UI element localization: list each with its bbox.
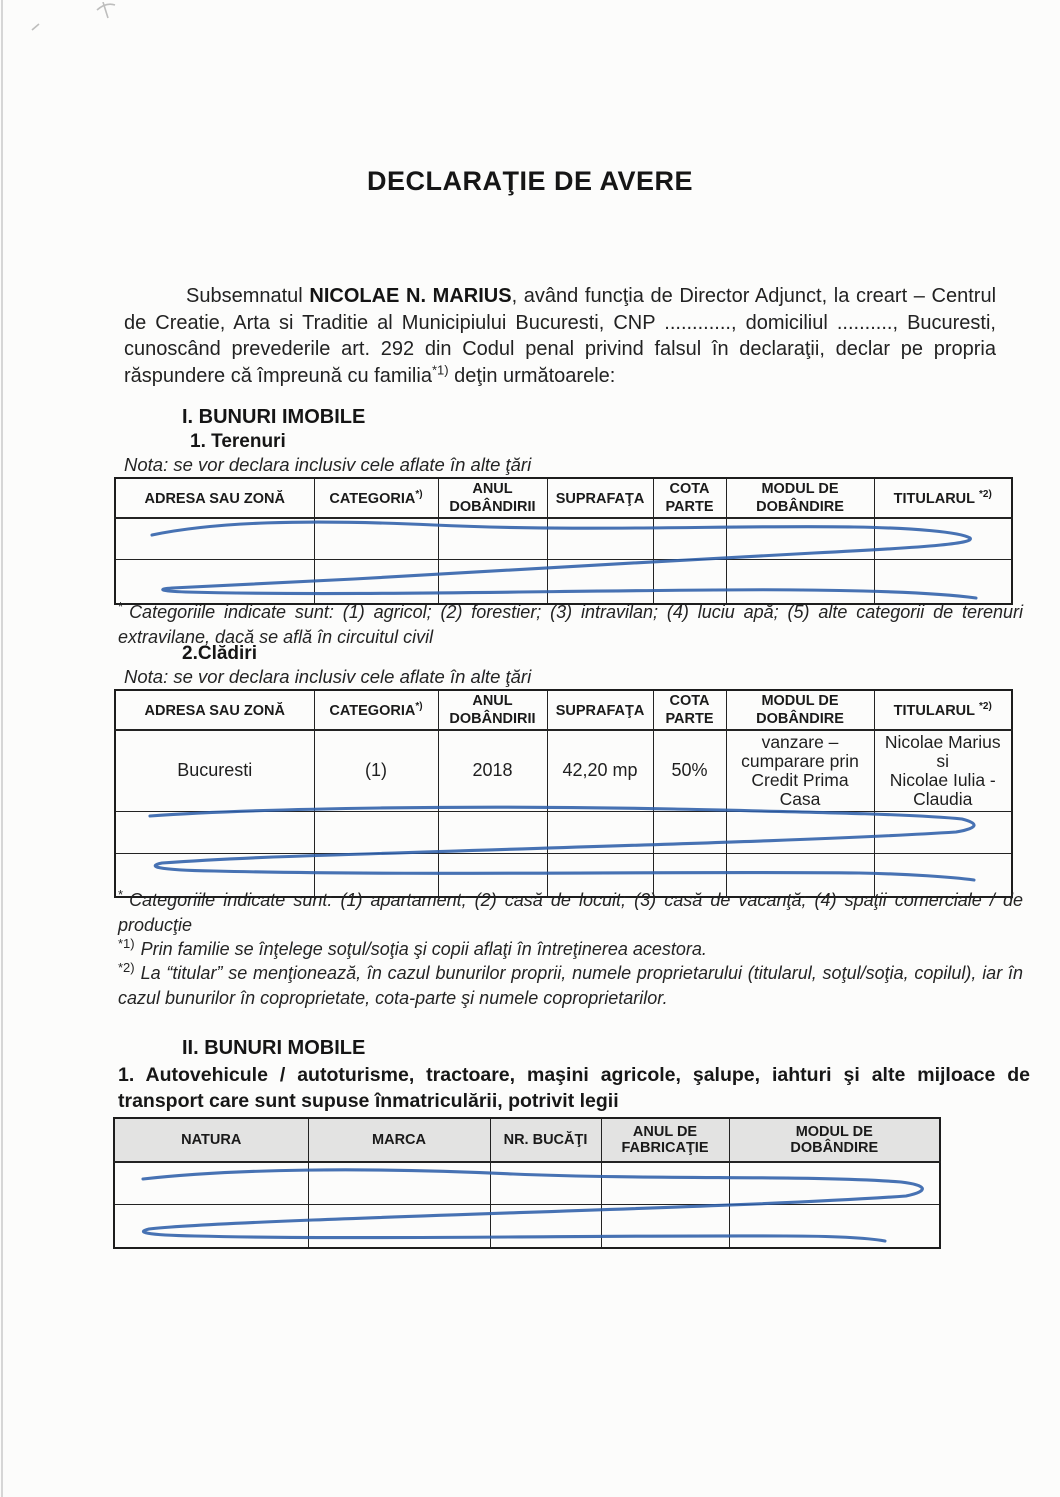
col-header-titularul: TITULARUL*2) (874, 478, 1012, 518)
empty-cell (490, 1204, 601, 1248)
intro-tail: deţin următoarele: (449, 365, 616, 387)
footnote-marker: *1) (118, 936, 135, 951)
cladiri-header-row: ADRESA SAU ZONĂ CATEGORIA*) ANUL DOBÂNDI… (115, 690, 1012, 730)
col-header-anul: ANUL DOBÂNDIRII (438, 690, 547, 730)
empty-cell (308, 1162, 490, 1204)
empty-cell (438, 811, 547, 853)
col-header-categoria: CATEGORIA*) (314, 690, 438, 730)
empty-cell (874, 518, 1012, 560)
col-header-modul: MODUL DE DOBÂNDIRE (726, 690, 874, 730)
empty-cell (729, 1162, 940, 1204)
vehicles-table-container: NATURA MARCA NR. BUCĂŢI ANUL DE FABRICAŢ… (113, 1117, 939, 1249)
empty-cell (653, 518, 726, 560)
footnote-ref-1: *1) (432, 362, 449, 377)
terenuri-footnote: *Categoriile indicate sunt: (1) agricol;… (118, 600, 1023, 649)
vehicles-empty-row-1 (114, 1162, 940, 1204)
col-header-adresa: ADRESA SAU ZONĂ (115, 478, 314, 518)
footnote-marker: * (118, 887, 123, 902)
col-header-marca: MARCA (308, 1118, 490, 1162)
cladiri-empty-row-1 (115, 811, 1012, 853)
empty-cell (438, 560, 547, 604)
empty-cell (726, 560, 874, 604)
cell-titular: Nicolae Marius si Nicolae Iulia - Claudi… (874, 730, 1012, 812)
empty-cell (115, 560, 314, 604)
col-header-titularul: TITULARUL*2) (874, 690, 1012, 730)
empty-cell (314, 560, 438, 604)
empty-cell (653, 811, 726, 853)
terenuri-table: ADRESA SAU ZONĂ CATEGORIA*) ANUL DOBÂNDI… (114, 477, 1013, 605)
vehicles-header-row: NATURA MARCA NR. BUCĂŢI ANUL DE FABRICAŢ… (114, 1118, 940, 1162)
page-title: DECLARAŢIE DE AVERE (0, 166, 1060, 197)
col-header-cota: COTA PARTE (653, 478, 726, 518)
vehicles-subheading: 1. Autovehicule / autoturisme, tractoare… (118, 1062, 1030, 1114)
empty-cell (726, 518, 874, 560)
empty-cell (547, 560, 653, 604)
scan-edge-artifact (1, 0, 3, 1497)
empty-cell (874, 560, 1012, 604)
cladiri-table: ADRESA SAU ZONĂ CATEGORIA*) ANUL DOBÂNDI… (114, 689, 1013, 898)
col-header-suprafata: SUPRAFAŢA (547, 690, 653, 730)
cell-anul: 2018 (438, 730, 547, 812)
empty-cell (308, 1204, 490, 1248)
empty-cell (547, 811, 653, 853)
col-header-adresa: ADRESA SAU ZONĂ (115, 690, 314, 730)
intro-lead: Subsemnatul (186, 285, 309, 307)
empty-cell (874, 811, 1012, 853)
declarant-name: NICOLAE N. MARIUS (309, 285, 511, 307)
cell-categoria: (1) (314, 730, 438, 812)
intro-paragraph: Subsemnatul NICOLAE N. MARIUS, având fun… (124, 283, 996, 389)
col-header-natura: NATURA (114, 1118, 308, 1162)
empty-cell (114, 1162, 308, 1204)
cladiri-footnote: *Categoriile indicate sunt: (1) apartame… (118, 888, 1023, 937)
document-page: DECLARAŢIE DE AVERE Subsemnatul NICOLAE … (0, 0, 1060, 1497)
empty-cell (314, 811, 438, 853)
terenuri-header-row: ADRESA SAU ZONĂ CATEGORIA*) ANUL DOBÂNDI… (115, 478, 1012, 518)
terenuri-note: Nota: se vor declara inclusiv cele aflat… (124, 454, 531, 476)
footnote-marker: * (118, 599, 123, 614)
empty-cell (729, 1204, 940, 1248)
cell-cota: 50% (653, 730, 726, 812)
col-header-anul: ANUL DOBÂNDIRII (438, 478, 547, 518)
footnote-marker: *2) (118, 960, 135, 975)
terenuri-table-container: ADRESA SAU ZONĂ CATEGORIA*) ANUL DOBÂNDI… (114, 477, 1011, 605)
vehicles-table: NATURA MARCA NR. BUCĂŢI ANUL DE FABRICAŢ… (113, 1117, 941, 1249)
col-header-modul-dobandire: MODUL DE DOBÂNDIRE (729, 1118, 940, 1162)
empty-cell (490, 1162, 601, 1204)
col-header-categoria: CATEGORIA*) (314, 478, 438, 518)
empty-cell (314, 518, 438, 560)
empty-cell (601, 1162, 729, 1204)
cell-suprafata: 42,20 mp (547, 730, 653, 812)
empty-cell (547, 518, 653, 560)
scan-smudge-artifact (18, 2, 128, 42)
empty-cell (115, 811, 314, 853)
cladiri-heading: 2.Clădiri (182, 643, 257, 665)
terenuri-empty-row-2 (115, 560, 1012, 604)
empty-cell (115, 518, 314, 560)
vehicles-empty-row-2 (114, 1204, 940, 1248)
empty-cell (114, 1204, 308, 1248)
section-1-heading: I. BUNURI IMOBILE (182, 406, 365, 429)
col-header-modul: MODUL DE DOBÂNDIRE (726, 478, 874, 518)
empty-cell (726, 811, 874, 853)
empty-cell (653, 560, 726, 604)
terenuri-empty-row-1 (115, 518, 1012, 560)
empty-cell (601, 1204, 729, 1248)
footnote-2: *2)La “titular” se menţionează, în cazul… (118, 961, 1023, 1010)
cladiri-table-container: ADRESA SAU ZONĂ CATEGORIA*) ANUL DOBÂNDI… (114, 689, 1011, 898)
cell-adresa: Bucuresti (115, 730, 314, 812)
cladiri-note: Nota: se vor declara inclusiv cele aflat… (124, 666, 531, 688)
empty-cell (438, 518, 547, 560)
cladiri-data-row: Bucuresti (1) 2018 42,20 mp 50% vanzare … (115, 730, 1012, 812)
terenuri-heading: 1. Terenuri (190, 431, 286, 453)
footnote-1: *1)Prin familie se înţelege soţul/soţia … (118, 937, 1023, 962)
cell-modul: vanzare – cumparare prin Credit Prima Ca… (726, 730, 874, 812)
col-header-cota: COTA PARTE (653, 690, 726, 730)
col-header-anul-fabricatie: ANUL DE FABRICAŢIE (601, 1118, 729, 1162)
col-header-nr-bucati: NR. BUCĂŢI (490, 1118, 601, 1162)
col-header-suprafata: SUPRAFAŢA (547, 478, 653, 518)
section-2-heading: II. BUNURI MOBILE (182, 1037, 365, 1060)
